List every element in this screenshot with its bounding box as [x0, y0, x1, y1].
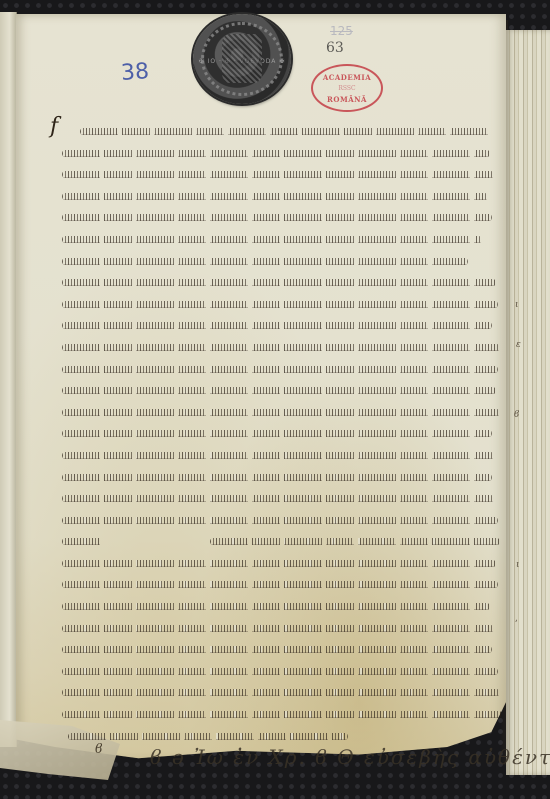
- text-line: [62, 358, 502, 380]
- wax-seal-icon: ✠ IO · ✠ · VOEVODA ✠: [193, 14, 291, 104]
- margin-mark: ʹ: [515, 620, 518, 630]
- text-line: [62, 422, 502, 444]
- margin-mark: ι: [516, 560, 520, 570]
- text-line: [62, 444, 502, 466]
- stamp-line-1: ACADEMIA: [313, 72, 381, 83]
- text-line: [62, 314, 502, 336]
- facing-page-edge: [0, 12, 17, 747]
- text-line: [62, 379, 502, 401]
- text-line: [62, 530, 502, 552]
- manuscript-text-block: f: [62, 120, 502, 746]
- text-line: [62, 250, 502, 272]
- text-line: [62, 552, 502, 574]
- stamp-line-3: ROMÂNĂ: [313, 94, 381, 105]
- text-line: [62, 206, 502, 228]
- text-line: f: [62, 120, 502, 142]
- text-line: [62, 638, 502, 660]
- text-line: [62, 595, 502, 617]
- signature-mark: ϐ: [95, 742, 103, 757]
- decorated-initial: f: [50, 114, 58, 139]
- stamp-line-2: RSSC: [313, 83, 381, 94]
- text-line: [62, 185, 502, 207]
- voivode-signature: ϐ ǝ Ἰω ἐν Χρ. ϐ Θ εὐσεβὴς αὐθέντης Ἰω Λε…: [150, 745, 460, 779]
- margin-mark: ι: [515, 300, 519, 310]
- text-line: [62, 660, 502, 682]
- text-line: [62, 573, 502, 595]
- seal-legend: ✠ IO · ✠ · VOEVODA ✠: [195, 16, 289, 102]
- text-line: [62, 617, 502, 639]
- text-line: [62, 466, 502, 488]
- margin-mark: ε: [516, 340, 521, 350]
- archive-number: 38: [120, 59, 150, 86]
- text-line: [62, 681, 502, 703]
- old-folio-number: 125: [330, 24, 353, 38]
- page-stack-edge: [506, 30, 550, 775]
- academy-stamp: ACADEMIA RSSC ROMÂNĂ: [311, 64, 383, 112]
- text-line: [62, 228, 502, 250]
- text-line: [62, 142, 502, 164]
- text-line: [62, 163, 502, 185]
- text-line: [62, 487, 502, 509]
- text-line: [62, 293, 502, 315]
- text-line: [62, 509, 502, 531]
- margin-mark: ϐ: [514, 410, 519, 420]
- text-line: [62, 703, 502, 725]
- text-line: [62, 336, 502, 358]
- text-line: [62, 725, 502, 747]
- text-line: [62, 271, 502, 293]
- folio-number: 63: [326, 40, 344, 56]
- text-line: [62, 401, 502, 423]
